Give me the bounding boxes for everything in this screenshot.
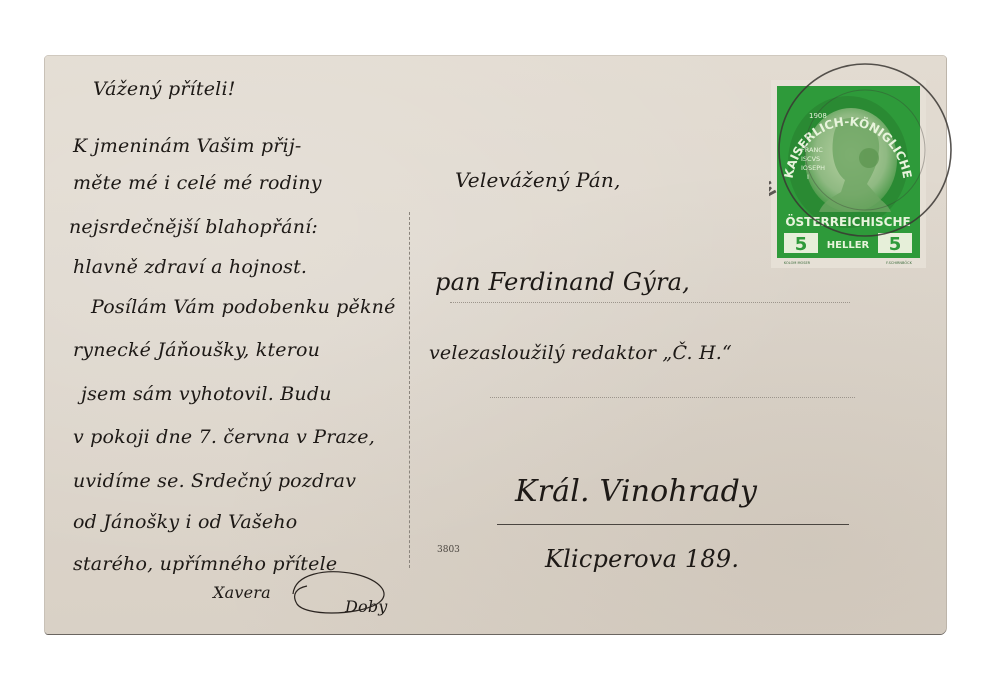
message-line: K jmeninám Vašim přij- (73, 135, 302, 157)
message-line: měte mé i celé mé rodiny (73, 172, 322, 194)
postcard: Vážený příteli! K jmeninám Vašim přij- m… (45, 56, 946, 634)
message-line: jsem sám vyhotovil. Budu (81, 383, 332, 405)
stamp-engraver-right: F.SCHIRNBÖCK (886, 260, 912, 265)
address-street: Klicperova 189. (545, 545, 739, 573)
message-line: rynecké Jáňoušky, kterou (73, 339, 320, 361)
print-number: 3803 (437, 545, 460, 555)
address-line-1 (450, 302, 850, 303)
message-line: od Jánošky i od Vašeho (73, 511, 297, 533)
message-line: uvidíme se. Srdečný pozdrav (73, 470, 356, 492)
vertical-divider (409, 212, 410, 568)
address-name: pan Ferdinand Gýra, (435, 268, 690, 296)
message-line: Posílám Vám podobenku pěkné (91, 296, 396, 318)
address-salutation: Velevážený Pán, (455, 168, 621, 192)
address-line-2 (490, 397, 855, 398)
stamp-engraver-left: KOLOM MOSER (784, 261, 811, 265)
address-city-underline (497, 524, 849, 525)
message-line: hlavně zdraví a hojnost. (73, 256, 307, 278)
address-city: Král. Vinohrady (515, 474, 757, 509)
signature-flourish (285, 564, 395, 620)
message-line: v pokoji dne 7. června v Praze, (73, 426, 375, 448)
address-title: velezasloužilý redaktor „Č. H.“ (429, 342, 732, 364)
signature-first: Xavera (213, 583, 271, 602)
postmark-cancellation: MILEV (769, 56, 969, 256)
message-greeting: Vážený příteli! (93, 78, 236, 100)
message-line: nejsrdečnější blahopřání: (69, 216, 318, 238)
